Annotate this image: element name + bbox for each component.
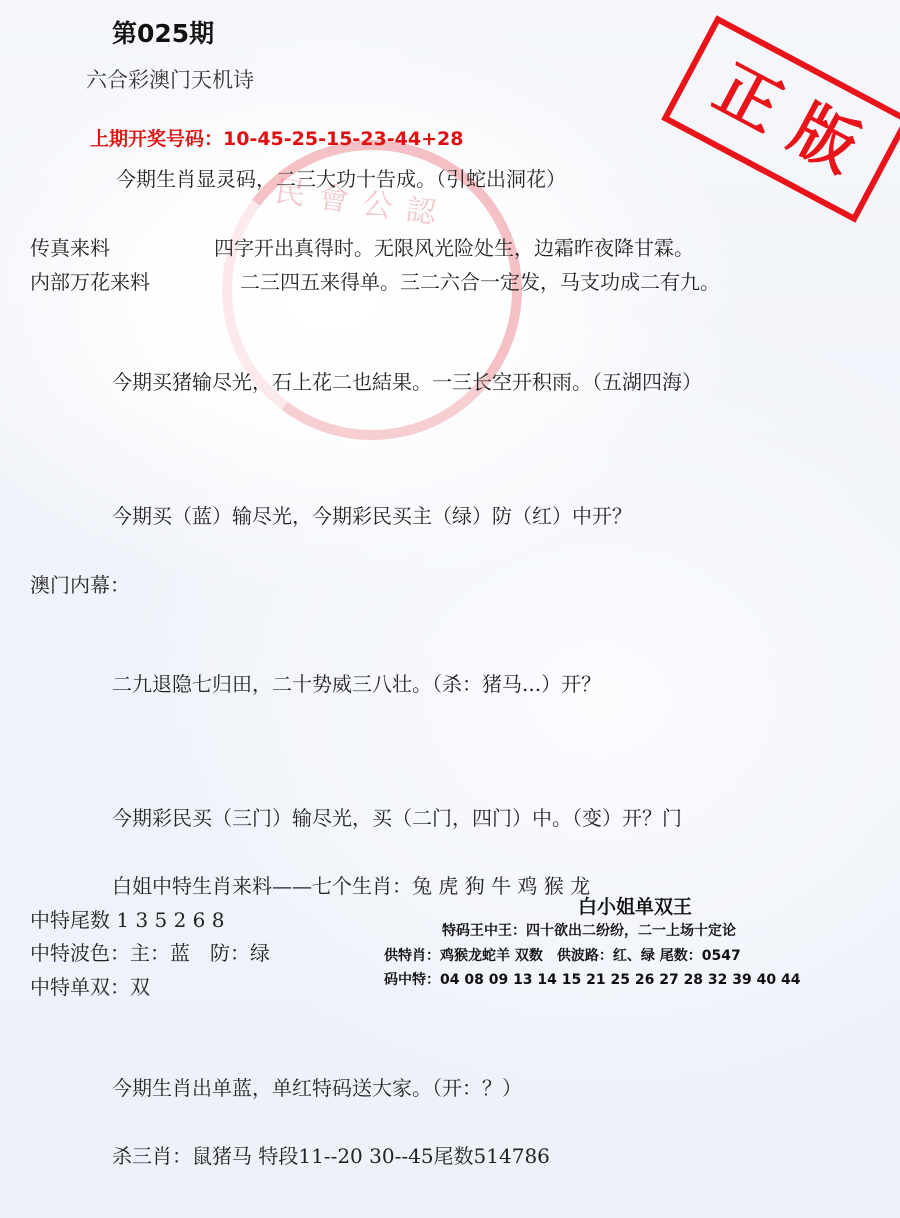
special-wave-color: 中特波色：主：蓝 防：绿: [30, 937, 270, 966]
bai-xiaojie-numbers: 04 08 09 13 14 15 21 25 26 27 28 32 39 4…: [440, 972, 800, 988]
fax-text: 四字开出真得时。无限风光险处生，边霜昨夜降甘霖。: [214, 232, 694, 261]
kill-three-line: 杀三肖：鼠猪马 特段11--20 30--45尾数514786: [112, 1140, 550, 1169]
bai-xiaojie-title: 白小姐单双王: [578, 892, 692, 919]
bai-xiaojie-numbers-label: 码中特：: [384, 972, 440, 988]
bai-xiaojie-king-line: 特码王中王：四十欲出二纷纷，二一上场十定论: [442, 920, 736, 940]
page-subtitle: 六合彩澳门天机诗: [86, 64, 254, 94]
previous-draw-numbers: 10-45-25-15-23-44+28: [223, 128, 463, 150]
authentic-stamp: 正 版: [661, 15, 900, 222]
bai-zodiac-line: 白姐中特生肖来料——七个生肖：兔 虎 狗 牛 鸡 猴 龙: [112, 870, 590, 899]
stamp-char-1: 正: [705, 56, 792, 143]
bai-xiaojie-numbers-line: 码中特：04 08 09 13 14 15 21 25 26 27 28 32 …: [384, 969, 800, 989]
color-line: 今期买（蓝）输尽光，今期彩民买主（绿）防（红）中开？: [112, 500, 632, 529]
special-tail-numbers: 中特尾数 1 3 5 2 6 8: [30, 904, 225, 933]
doors-line: 今期彩民买（三门）输尽光，买（二门，四门）中。（变）开？门: [112, 802, 682, 831]
stamp-char-2: 版: [781, 96, 868, 183]
issue-number: 第025期: [112, 14, 214, 50]
internal-text: 二三四五来得单。三二六合一定发，马支功成二有九。: [240, 266, 720, 295]
bai-xiaojie-zodiac-line: 供特肖：鸡猴龙蛇羊 双数 供波路：红、绿 尾数：0547: [384, 945, 741, 965]
special-odd-even: 中特单双：双: [30, 971, 150, 1000]
pig-line: 今期买猪输尽光，石上花二也結果。一三长空开积雨。（五湖四海）: [112, 366, 702, 395]
internal-label: 内部万花来料: [30, 266, 150, 295]
single-blue-line: 今期生肖出单蓝，单红特码送大家。（开：？）: [112, 1072, 522, 1101]
previous-draw-label: 上期开奖号码：: [90, 128, 223, 150]
poem-line-1: 今期生肖显灵码，二三大功十告成。（引蛇出洞花）: [116, 163, 566, 192]
previous-draw-result: 上期开奖号码：10-45-25-15-23-44+28: [90, 124, 463, 151]
fax-label: 传真来料: [30, 232, 110, 261]
macau-inside-label: 澳门内幕：: [30, 569, 130, 598]
retreat-line: 二九退隐七归田，二十势威三八壮。（杀：猪马...）开？: [112, 668, 601, 697]
